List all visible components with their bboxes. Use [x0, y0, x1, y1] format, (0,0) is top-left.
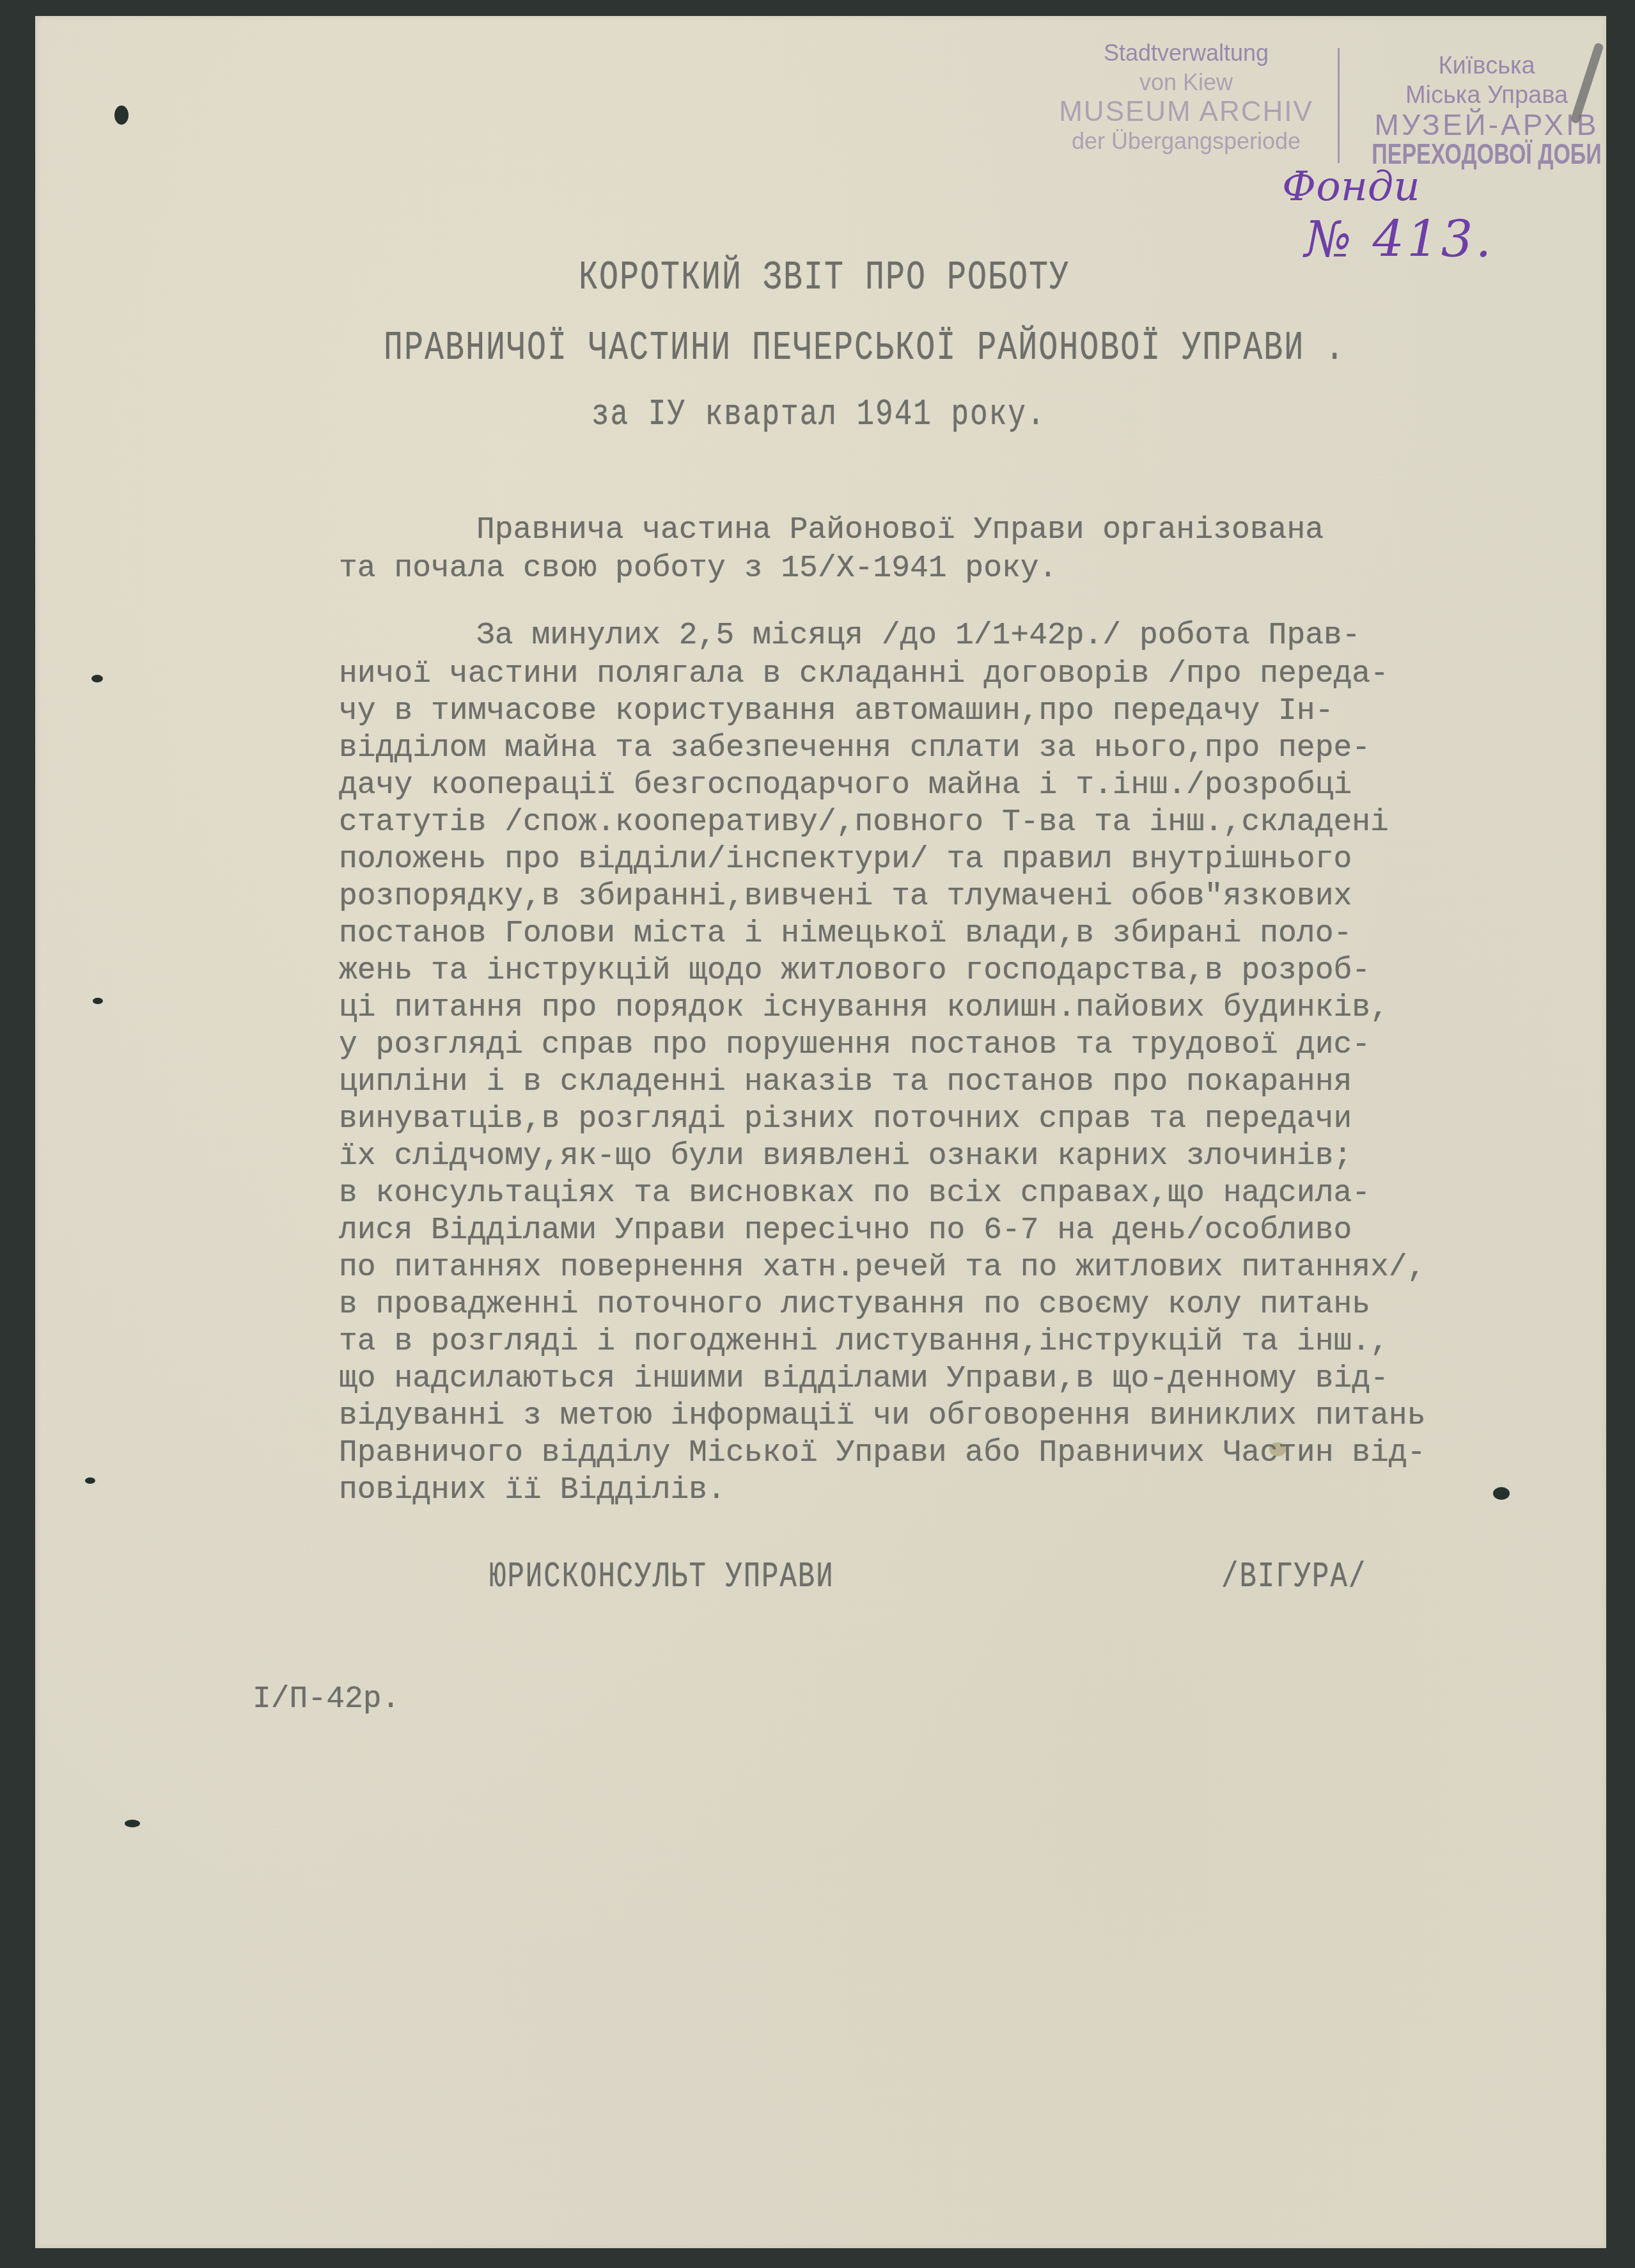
paper-sheet: Stadtverwaltung von Kiew MUSEUM ARCHIV d… [35, 16, 1606, 2248]
paragraph-2-line: статутів /спож.кооперативу/,повного Т-ва… [339, 807, 1389, 838]
scanned-document: Stadtverwaltung von Kiew MUSEUM ARCHIV d… [0, 0, 1635, 2268]
signature-name: /ВІГУРА/ [1221, 1557, 1366, 1598]
paragraph-2-line: у розгляді справ про порушення постанов … [339, 1030, 1370, 1060]
title-line-2: ПРАВНИЧОЇ ЧАСТИНИ ПЕЧЕРСЬКОЇ РАЙОНОВОЇ У… [384, 326, 1345, 372]
title-line-3: за ІУ квартал 1941 року. [591, 393, 1046, 435]
paragraph-2-line: Правничого відділу Міської Управи або Пр… [339, 1438, 1425, 1469]
document-date: І/П-42р. [253, 1684, 400, 1715]
signature-role: ЮРИСКОНСУЛЬТ УПРАВИ [489, 1557, 834, 1598]
paragraph-2-line: що надсилаються іншими відділами Управи,… [339, 1364, 1389, 1394]
paragraph-2-line: жень та інструкцій щодо житлового господ… [339, 956, 1370, 986]
paragraph-1-line: та почала свою роботу з 15/Х-1941 року. [339, 553, 1057, 584]
paragraph-2-line: їх слідчому,як-що були виявлені ознаки к… [339, 1141, 1352, 1172]
punch-hole [1493, 1487, 1510, 1500]
paragraph-2-line: лися Відділами Управи пересічно по 6-7 н… [339, 1215, 1352, 1246]
paragraph-2-line: та в розгляді і погодженні листування,ін… [339, 1327, 1389, 1357]
german-archive-stamp: Stadtverwaltung von Kiew MUSEUM ARCHIV d… [1039, 38, 1333, 156]
stamp-line: MUSEUM ARCHIV [1039, 97, 1333, 127]
paragraph-2-line: відділом майна та забезпечення сплати за… [339, 733, 1370, 764]
paragraph-2-line: винуватців,в розгляді різних поточних сп… [339, 1104, 1352, 1135]
punch-hole [114, 106, 129, 125]
paragraph-2-line: положень про відділи/інспектури/ та прав… [339, 844, 1352, 875]
handwritten-fondy: Фонди [1282, 163, 1420, 210]
stamp-line: Stadtverwaltung [1039, 38, 1333, 68]
punch-hole [125, 1820, 140, 1827]
punch-hole [85, 1477, 95, 1484]
paragraph-2-line: ципліни і в складенні наказів та постано… [339, 1067, 1352, 1098]
paragraph-2-line: в провадженні поточного листування по св… [339, 1289, 1370, 1320]
punch-hole [91, 675, 103, 682]
paragraph-2-line: постанов Голови міста і німецької влади,… [339, 918, 1352, 949]
paragraph-1-line: Правнича частина Районової Управи органі… [476, 515, 1324, 546]
stamp-line: Київська [1352, 51, 1621, 81]
paragraph-2-line: по питаннях повернення хатн.речей та по … [339, 1252, 1425, 1283]
stamp-line: der Übergangsperiode [1039, 127, 1333, 156]
handwritten-fond-number: № 413. [1304, 211, 1494, 269]
stamp-line: von Kiew [1039, 68, 1333, 97]
paragraph-2-line: в консультаціях та висновках по всіх спр… [339, 1178, 1370, 1209]
paragraph-2-line: відуванні з метою інформації чи обговоре… [339, 1401, 1425, 1431]
paragraph-2-line: дачу кооперації безгосподарчого майна і … [339, 770, 1352, 801]
paragraph-2-line: ці питання про порядок існування колишн.… [339, 993, 1389, 1023]
paragraph-2-line: За минулих 2,5 місяця /до 1/1+42р./ робо… [476, 620, 1361, 651]
paragraph-2-line: ничої частини полягала в складанні догов… [339, 659, 1389, 689]
paragraph-2-line: повідних її Відділів. [339, 1475, 726, 1506]
title-line-1: КОРОТКИЙ ЗВІТ ПРО РОБОТУ [579, 256, 1070, 301]
paragraph-2-line: чу в тимчасове користування автомашин,пр… [339, 696, 1333, 727]
paragraph-2-line: розпорядку,в збиранні,вивчені та тлумаче… [339, 881, 1352, 912]
stamp-divider [1338, 48, 1340, 163]
punch-hole [93, 998, 103, 1004]
